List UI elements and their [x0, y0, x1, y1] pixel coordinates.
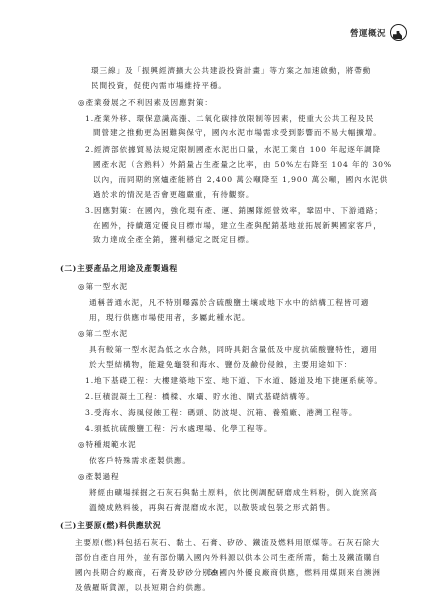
list-item: 2.經濟部依據貿易法規定限制國產水泥出口量，水泥工業自 100 年起逐年調降: [85, 145, 381, 155]
body-line: 於大型結構物，能避免龜裂和海水、鹽份及鹼份侵蝕，主要用途如下：: [89, 360, 352, 370]
list-item-continued: 以內，而同期的窯爐產能將自 2,400 萬公噸降至 1,900 萬公噸，國內水泥…: [93, 175, 388, 185]
body-line: 環三線」及「振興經濟擴大公共建設投資計畫」等方案之加速啟動，將帶動: [91, 66, 371, 76]
body-line: 部份自產自用外，並有部份購入國內外料源以供本公司生產所需，黏土及鐵渣購自: [75, 553, 381, 563]
header-title: 營運概況: [350, 27, 386, 39]
subheading-process: ◎產製過程: [78, 472, 120, 482]
list-item-continued: 國產水泥（含熟料）外銷量占生產量之比率，由 50%左右降至 104 年的 30%: [93, 160, 392, 170]
page-header: 營運概況: [350, 24, 407, 41]
body-line: 將經由礦場採掘之石灰石與黏土原料，依比例調配研磨成生料粉，倒入旋窯高: [89, 488, 378, 498]
body-line: 用，現行供應市場使用者，多屬此種水泥。: [89, 313, 250, 323]
list-item-continued: 間營建之推動更為困難與保守，國內水泥市場需求受到影響而不易大幅擴增。: [93, 128, 382, 138]
page-number: - 59 -: [0, 568, 425, 577]
subheading-unfavorable-factors: ◎產業發展之不利因素及因應對策：: [78, 98, 213, 108]
body-line: 溫燒成熟料後，再與石膏混磨成水泥，以散裝或包裝之形式銷售。: [89, 503, 335, 513]
section-heading-products: (二)主要產品之用途及產製過程: [60, 264, 178, 274]
list-item-continued: 過於求的情況是否會更趨嚴重，有待觀察。: [93, 190, 254, 200]
list-item: 3.受海水、海風侵蝕工程：碼頭、防波堤、沉箱、養殖廠、港灣工程等。: [85, 408, 357, 418]
subheading-type2: ◎第二型水泥: [78, 329, 128, 339]
list-item-continued: 致力達成全產全銷，獲利穩定之既定目標。: [93, 235, 254, 245]
body-line: 通稱普通水泥，凡不特別曝露於含硫酸鹽土壤或地下水中的結構工程皆可適: [89, 298, 369, 308]
subheading-special: ◎特種規範水泥: [78, 440, 137, 450]
list-item-continued: 在國外，持續選定優良目標市場，建立生產與配銷基地並拓展新興國家客戶，: [93, 221, 382, 231]
list-item: 1.產業外移、環保意識高漲、二氧化碳排放限制等因素，使重大公共工程及民: [85, 114, 374, 124]
company-logo-icon: [390, 24, 407, 41]
body-line: 依客戶特殊需求產製供應。: [89, 456, 191, 466]
list-item: 4.須抵抗硫酸鹽工程：污水處理場、化學工程等。: [85, 424, 272, 434]
section-heading-materials: (三)主要原(燃)料供應狀況: [60, 521, 161, 531]
list-item: 3.因應對策：在國內，強化現有產、運、銷團隊經營效率，鞏固中、下游通路；: [85, 206, 383, 216]
body-line: 及俄羅斯貨源，以長短期合約供應。: [75, 583, 211, 593]
subheading-type1: ◎第一型水泥: [78, 282, 128, 292]
body-line: 主要原(燃)料包括石灰石、黏土、石膏、矽砂、鐵渣及燃料用原煤等。石灰石除大: [75, 538, 380, 548]
list-item: 2.巨積混凝土工程：橋樑、水壩、貯水池、閘式基礎結構等。: [85, 392, 315, 402]
body-line: 具有較第一型水泥為低之水合熱，同時具鋁含量低及中度抗硫酸鹽特性，適用: [89, 345, 378, 355]
list-item: 1.地下基礎工程：大樓建築地下室、地下道、下水道、隧道及地下捷運系統等。: [85, 376, 383, 386]
body-line: 民間投資，促使內需市場維持平穩。: [91, 81, 227, 91]
